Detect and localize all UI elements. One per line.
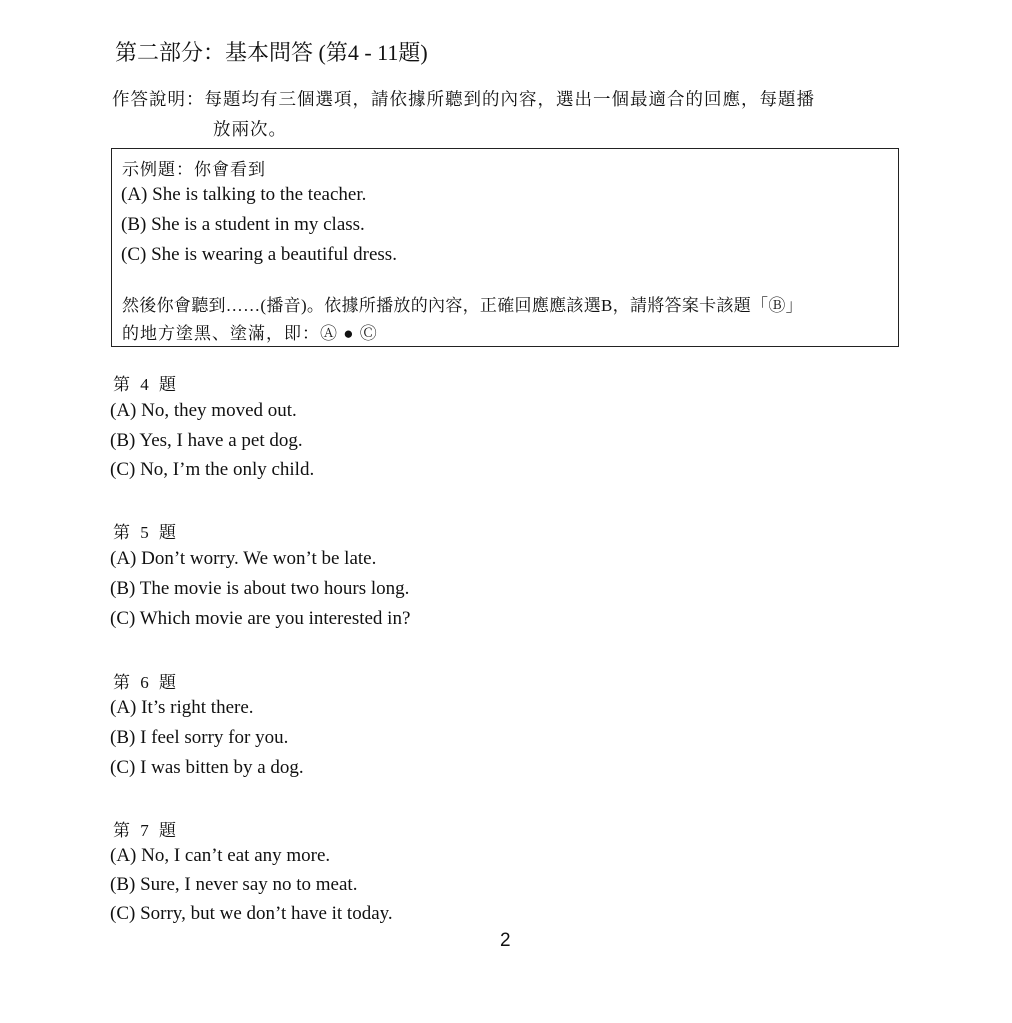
instructions-line-1: 作答說明：每題均有三個選項，請依據所聽到的內容，選出一個最適合的回應，每題播 [112, 86, 815, 111]
option-c: (C) No, I’m the only child. [110, 459, 314, 481]
example-box: 示例題：你會看到 (A) She is talking to the teach… [111, 148, 899, 347]
option-a: (A) It’s right there. [110, 697, 254, 719]
option-a: (A) No, they moved out. [110, 400, 297, 422]
page-number: 2 [500, 930, 511, 952]
section-title: 第二部分：基本問答 (第4 - 11題) [115, 36, 428, 67]
example-explanation-2: 的地方塗黑、塗滿，即：Ⓐ ● Ⓒ [122, 319, 378, 344]
option-c: (C) I was bitten by a dog. [110, 757, 304, 779]
example-heading: 示例題：你會看到 [122, 155, 266, 180]
example-option-b: (B) She is a student in my class. [121, 214, 365, 236]
option-b: (B) Yes, I have a pet dog. [110, 430, 303, 452]
option-c: (C) Which movie are you interested in? [110, 608, 410, 630]
question-label: 第 4 題 [113, 370, 179, 395]
option-a: (A) No, I can’t eat any more. [110, 845, 330, 867]
instructions-line-2: 放兩次。 [213, 116, 287, 141]
example-option-a: (A) She is talking to the teacher. [121, 184, 366, 206]
option-b: (B) Sure, I never say no to meat. [110, 874, 357, 896]
question-label: 第 6 題 [113, 668, 179, 693]
option-b: (B) I feel sorry for you. [110, 727, 288, 749]
option-b: (B) The movie is about two hours long. [110, 578, 409, 600]
example-option-c: (C) She is wearing a beautiful dress. [121, 244, 397, 266]
option-c: (C) Sorry, but we don’t have it today. [110, 903, 393, 925]
option-a: (A) Don’t worry. We won’t be late. [110, 548, 376, 570]
question-label: 第 5 題 [113, 518, 179, 543]
question-label: 第 7 題 [113, 816, 179, 841]
example-explanation-1: 然後你會聽到……(播音)。依據所播放的內容，正確回應應該選B，請將答案卡該題「Ⓑ… [122, 291, 803, 316]
